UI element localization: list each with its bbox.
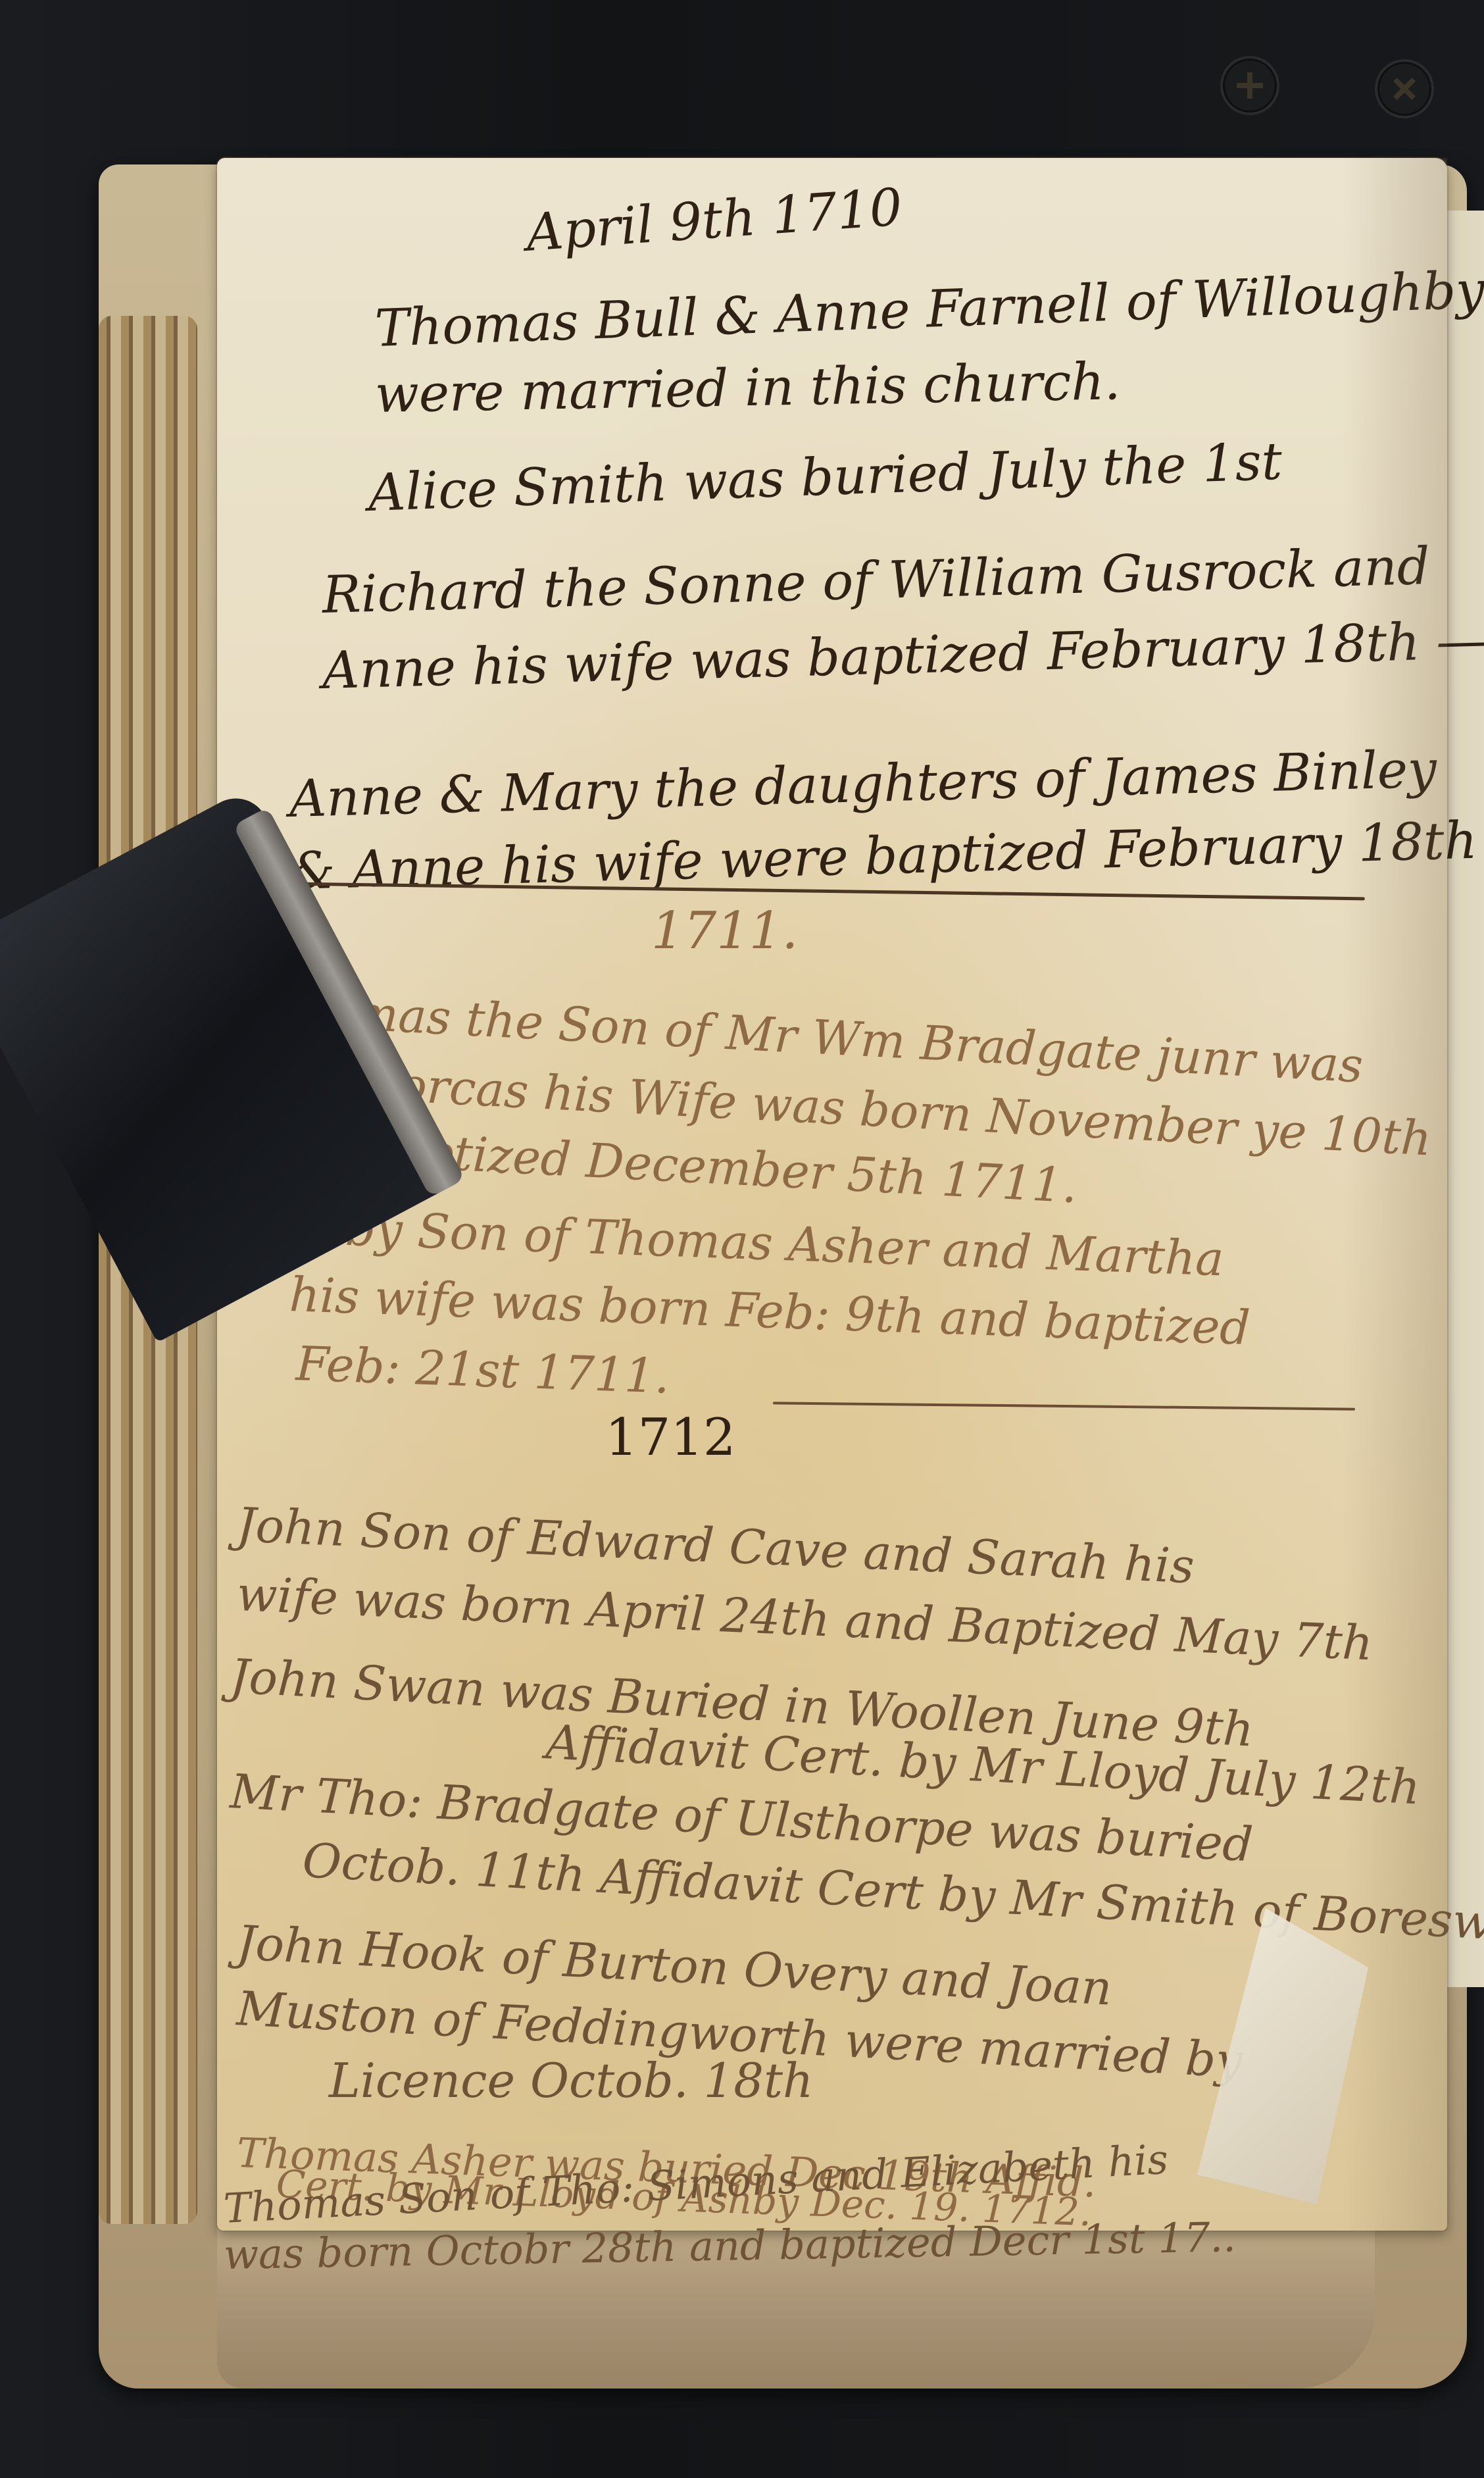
section-heading-1711: 1711. (651, 901, 798, 961)
entry-baptism-richard-line1: Richard the Sonne of William Gusrock and (322, 537, 1431, 625)
entry-marriage-bull-line1: Thomas Bull & Anne Farnell of Willoughby (374, 261, 1484, 359)
screw-icon (1220, 56, 1279, 115)
entry-hook-line3: Licence Octob. 18th (329, 2053, 813, 2108)
entry-asher-darby-line3: Feb: 21st 1711. (295, 1336, 671, 1404)
screw-icon (1375, 59, 1434, 118)
entry-cave-line2: wife was born April 24th and Baptized Ma… (235, 1566, 1374, 1671)
entry-burial-smith: Alice Smith was buried July the 1st (367, 432, 1283, 523)
entry-baptism-richard-line2: Anne his wife was baptized February 18th… (322, 611, 1484, 701)
section-divider (773, 1402, 1355, 1410)
section-heading-1710: April 9th 1710 (524, 178, 904, 263)
entry-marriage-bull-line2: were married in this church. (374, 352, 1121, 424)
section-heading-1712: 1712 (605, 1408, 736, 1467)
entry-baptism-binley-line1: Anne & Mary the daughters of James Binle… (289, 740, 1437, 829)
